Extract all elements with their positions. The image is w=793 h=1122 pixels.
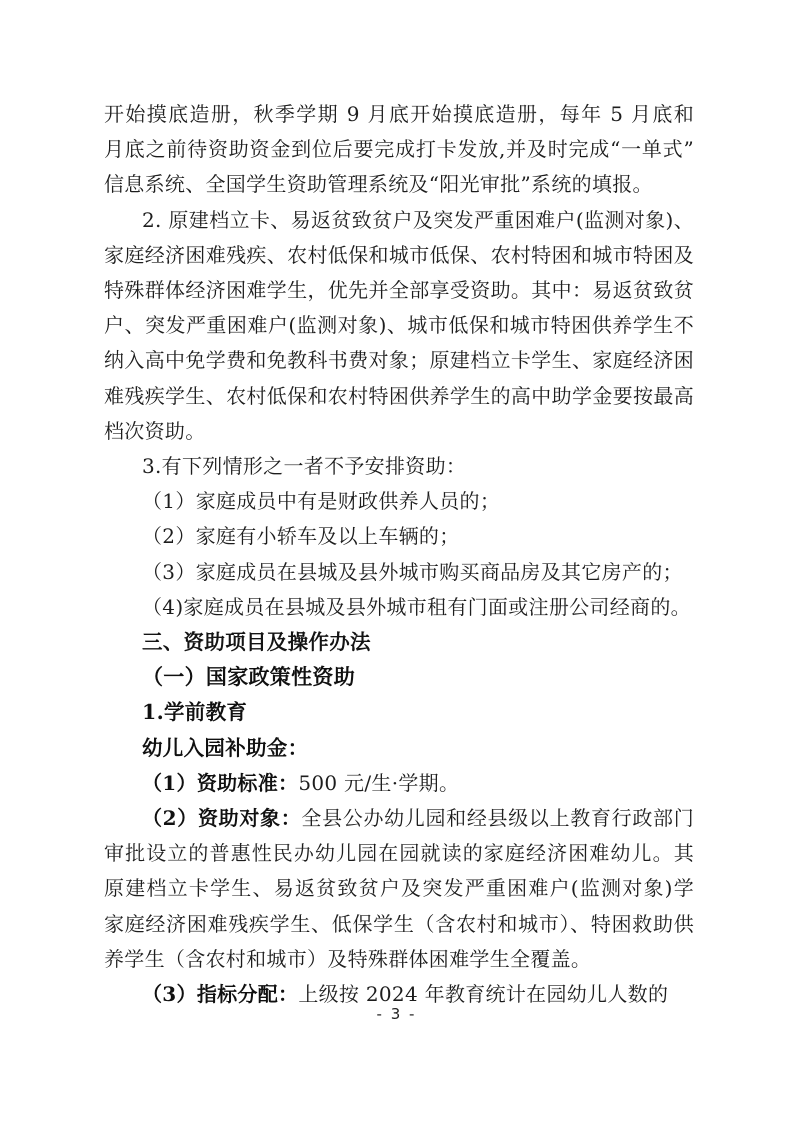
line-19: 幼儿入园补助金： <box>142 731 694 766</box>
line-03: 信息系统、全国学生资助管理系统及“阳光审批”系统的填报。 <box>104 167 694 202</box>
text-run: 户、突发严重困难户(监测对象)、城市低保和城市特困供养学生不 <box>104 313 694 337</box>
text-run: 3.有下列情形之一者不予安排资助： <box>142 454 466 478</box>
line-17: （一）国家政策性资助 <box>142 660 694 695</box>
line-02: 月底之前待资助资金到位后要完成打卡发放,并及时完成“一单式” <box>104 132 694 167</box>
text-run: （2）家庭有小轿车及以上车辆的； <box>142 524 460 548</box>
text-run-bold: 1.学前教育 <box>142 700 247 724</box>
text-run: 家庭经济困难残疾、农村低保和城市低保、农村特困和城市特困及 <box>104 243 694 267</box>
text-run: 三、资助项目及操作办法 <box>142 630 371 654</box>
line-06: 特殊群体经济困难学生，优先并全部享受资助。其中：易返贫致贫 <box>104 273 694 308</box>
text-run-bold: （2）资助对象： <box>142 806 301 830</box>
text-run-bold: 幼儿入园补助金： <box>142 736 308 760</box>
line-18: 1.学前教育 <box>142 695 694 730</box>
line-24: 家庭经济困难残疾学生、低保学生（含农村和城市）、特困救助供 <box>104 907 694 942</box>
line-23: 原建档立卡学生、易返贫致贫户及突发严重困难户(监测对象)学生、 <box>104 871 694 906</box>
text-run: 审批设立的普惠性民办幼儿园在园就读的家庭经济困难幼儿。其中： <box>104 841 694 871</box>
text-run: 特殊群体经济困难学生，优先并全部享受资助。其中：易返贫致贫 <box>104 278 694 302</box>
document-page: 开始摸底造册，秋季学期 9 月底开始摸底造册，每年 5 月底和 11月底之前待资… <box>0 0 793 1122</box>
line-05: 家庭经济困难残疾、农村低保和城市低保、农村特困和城市特困及 <box>104 238 694 273</box>
line-15: （4)家庭成员在县城及县外城市租有门面或注册公司经商的。 <box>142 590 694 625</box>
text-run: 原建档立卡学生、易返贫致贫户及突发严重困难户(监测对象)学生、 <box>104 876 694 906</box>
line-07: 户、突发严重困难户(监测对象)、城市低保和城市特困供养学生不 <box>104 308 694 343</box>
line-04: 2. 原建档立卡、易返贫致贫户及突发严重困难户(监测对象)、 <box>142 203 694 238</box>
text-block: 开始摸底造册，秋季学期 9 月底开始摸底造册，每年 5 月底和 11月底之前待资… <box>104 97 694 1017</box>
page-number: - 3 - <box>0 1005 793 1023</box>
text-run-bold: （3）指标分配： <box>142 982 298 1006</box>
line-08: 纳入高中免学费和免教科书费对象；原建档立卡学生、家庭经济困 <box>104 343 694 378</box>
text-run: （3）家庭成员在县城及县外城市购买商品房及其它房产的； <box>142 560 683 584</box>
line-25: 养学生（含农村和城市）及特殊群体困难学生全覆盖。 <box>104 942 694 977</box>
text-run: 家庭经济困难残疾学生、低保学生（含农村和城市）、特困救助供 <box>104 912 694 936</box>
text-run: 档次资助。 <box>104 419 206 443</box>
text-run: 难残疾学生、农村低保和农村特困供养学生的高中助学金要按最高 <box>104 384 694 408</box>
text-run: 养学生（含农村和城市）及特殊群体困难学生全覆盖。 <box>104 947 591 971</box>
text-run: 全县公办幼儿园和经县级以上教育行政部门 <box>301 806 694 830</box>
line-20: （1）资助标准：500 元/生·学期。 <box>142 766 694 801</box>
line-11: 3.有下列情形之一者不予安排资助： <box>142 449 694 484</box>
text-run: （1）家庭成员中有是财政供养人员的； <box>142 489 500 513</box>
text-run: 月底之前待资助资金到位后要完成打卡发放,并及时完成“一单式” <box>104 137 694 161</box>
line-21: （2）资助对象：全县公办幼儿园和经县级以上教育行政部门 <box>142 801 694 836</box>
line-12: （1）家庭成员中有是财政供养人员的； <box>142 484 694 519</box>
text-run: （4)家庭成员在县城及县外城市租有门面或注册公司经商的。 <box>142 595 691 619</box>
text-run: 纳入高中免学费和免教科书费对象；原建档立卡学生、家庭经济困 <box>104 348 694 372</box>
text-run-bold: （一）国家政策性资助 <box>142 665 355 689</box>
line-16: 三、资助项目及操作办法 <box>142 625 694 660</box>
text-run-bold: （1）资助标准： <box>142 771 298 795</box>
line-10: 档次资助。 <box>104 414 694 449</box>
line-09: 难残疾学生、农村低保和农村特困供养学生的高中助学金要按最高 <box>104 379 694 414</box>
text-run: 信息系统、全国学生资助管理系统及“阳光审批”系统的填报。 <box>104 172 653 196</box>
line-01: 开始摸底造册，秋季学期 9 月底开始摸底造册，每年 5 月底和 11 <box>104 97 694 132</box>
line-14: （3）家庭成员在县城及县外城市购买商品房及其它房产的； <box>142 555 694 590</box>
line-13: （2）家庭有小轿车及以上车辆的； <box>142 519 694 554</box>
text-run: 开始摸底造册，秋季学期 9 月底开始摸底造册，每年 5 月底和 11 <box>104 102 694 132</box>
text-run: 500 元/生·学期。 <box>298 771 459 795</box>
line-22: 审批设立的普惠性民办幼儿园在园就读的家庭经济困难幼儿。其中： <box>104 836 694 871</box>
text-run: 2. 原建档立卡、易返贫致贫户及突发严重困难户(监测对象)、 <box>142 208 694 232</box>
